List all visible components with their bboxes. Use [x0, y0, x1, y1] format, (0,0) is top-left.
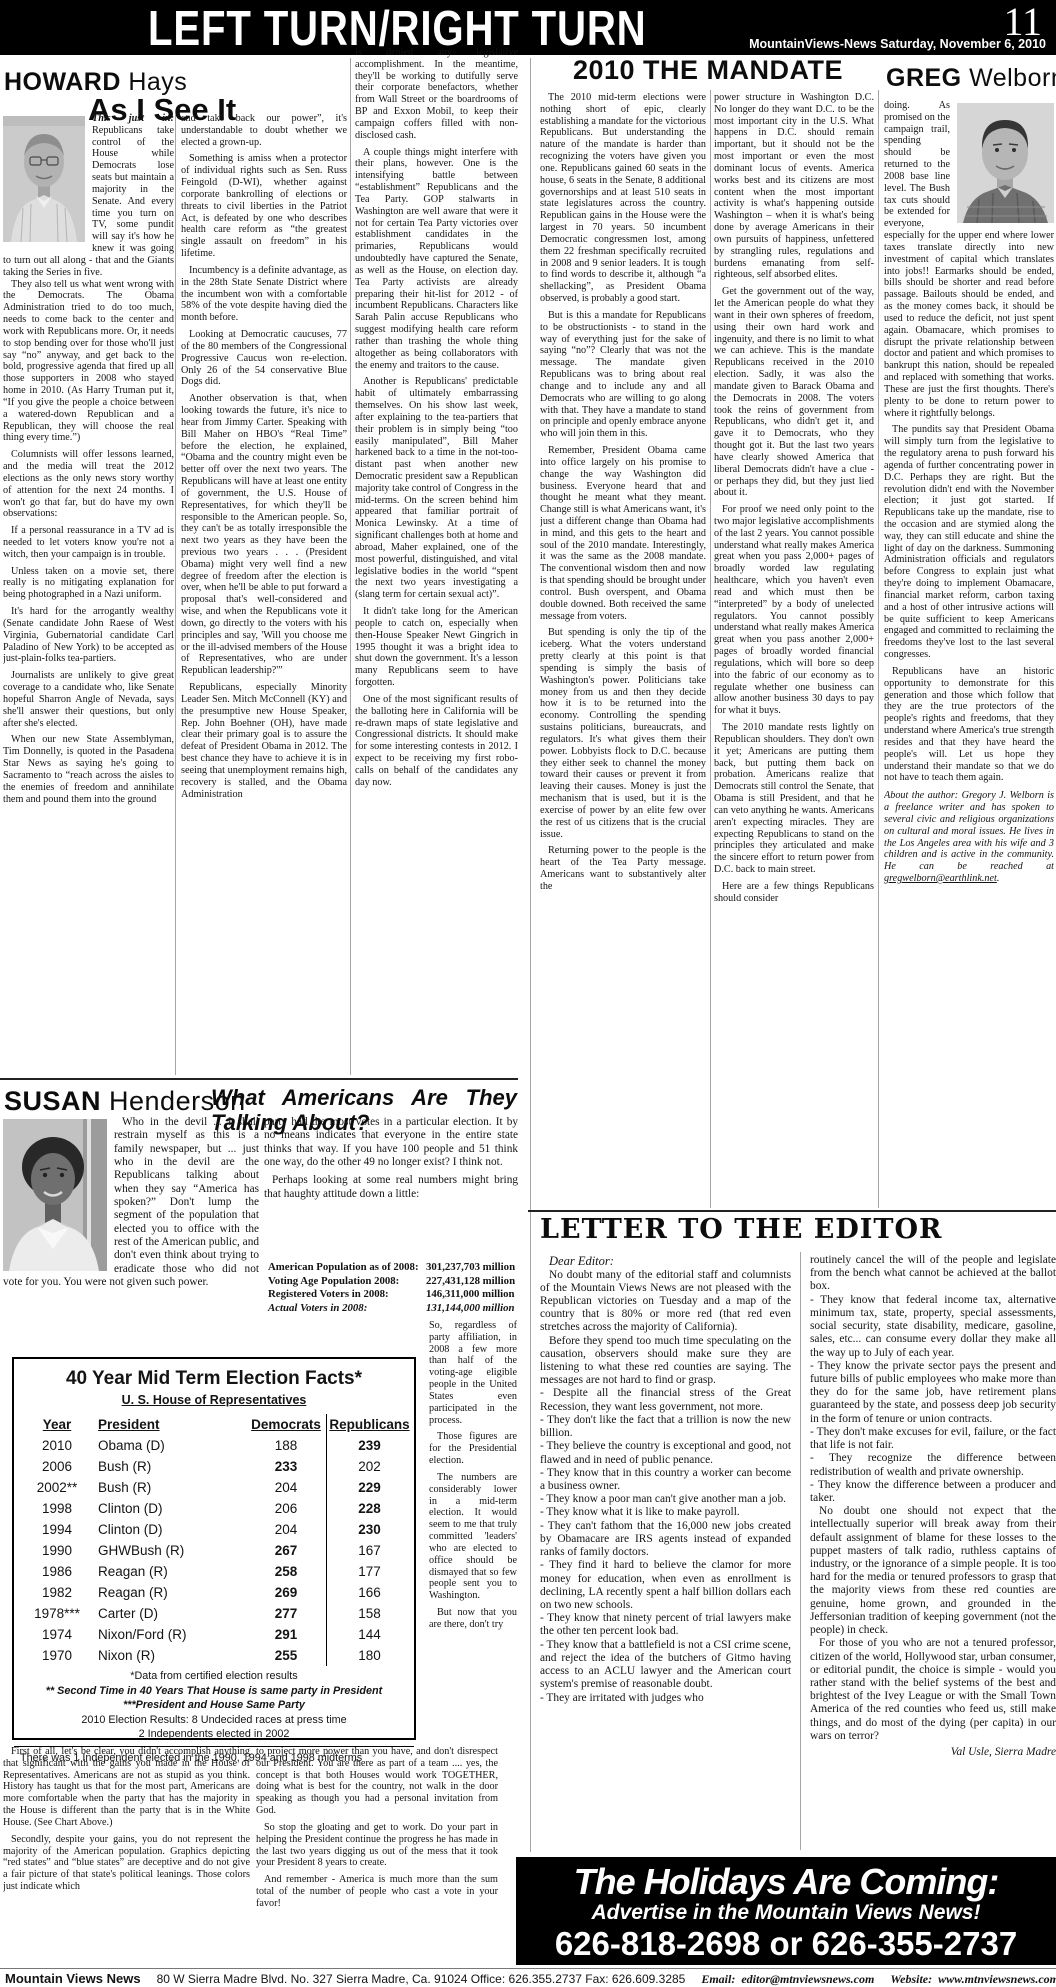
welborn-photo [957, 103, 1054, 223]
election-facts-box: 40 Year Mid Term Election Facts* U. S. H… [12, 1357, 416, 1740]
section-divider [528, 1210, 1056, 1212]
column-rule [800, 1252, 801, 1850]
table-row: 1978***Carter (D)277158 [16, 1603, 414, 1624]
henderson-column-3: So, regardless of party affiliation, in … [429, 1320, 517, 1755]
stat-row: Registered Voters in 2008:146,311,000 mi… [268, 1288, 568, 1302]
column-rule [350, 58, 351, 1075]
column-rule [710, 90, 711, 1208]
letter-signature: Val Usle, Sierra Madre [810, 1746, 1056, 1759]
welborn-about-period: . [997, 873, 1000, 884]
facts-note: ***President and House Same Party [14, 1699, 414, 1711]
footer-website: www.mtnviewsnews.com [938, 1972, 1056, 1987]
footer-email-label: Email: [701, 1972, 735, 1987]
footer-address: 80 W Sierra Madre Blvd. No. 327 Sierra M… [157, 1972, 686, 1986]
facts-note: *Data from certified election results [14, 1670, 414, 1682]
ad-phone-numbers: 626-818-2698 or 626-355-2737 [516, 1924, 1056, 1964]
welborn-about-author: About the author: Gregory J. Welborn is … [884, 790, 1054, 885]
facts-note: 2 Independents elected in 2002 [14, 1728, 414, 1740]
header-republicans: Republicans [326, 1414, 412, 1435]
table-row: 1998Clinton (D)206228 [16, 1498, 414, 1519]
welborn-byline: GREG Welborn [886, 64, 1056, 93]
hays-column-3: is denied any legislative accomplishment… [355, 47, 518, 1075]
ad-line-2: Advertise in the Mountain Views News! [516, 1901, 1056, 1924]
table-row: 1970Nixon (R)255180 [16, 1645, 414, 1666]
stat-row: Actual Voters in 2008:131,144,000 millio… [268, 1302, 568, 1316]
table-row: 1986Reagan (R)258177 [16, 1561, 414, 1582]
column-rule [175, 115, 176, 1075]
facts-box-subtitle: U. S. House of Representatives [14, 1393, 414, 1407]
facts-note: ** Second Time in 40 Years That House is… [14, 1685, 414, 1697]
dateline: MountainViews-News Saturday, November 6,… [749, 37, 1046, 51]
mandate-column-2: power structure in Washington D.C. No lo… [714, 92, 874, 1204]
stat-row: Voting Age Population 2008:227,431,128 m… [268, 1275, 568, 1289]
ad-line-1: The Holidays Are Coming: [516, 1864, 1056, 1901]
hays-column-2: and take back our power”, it's understan… [181, 113, 347, 1075]
footer-email: editor@mtnviewsnews.com [741, 1972, 874, 1987]
letter-col1-text: No doubt many of the editorial staff and… [540, 1269, 791, 1705]
welborn-about-text: About the author: Gregory J. Welborn is … [884, 790, 1054, 872]
welborn-column: doing. As promised on the campaign trail… [884, 100, 1054, 1195]
page-number: 11 [1003, 2, 1042, 42]
header-president: President [98, 1417, 246, 1432]
holidays-ad: The Holidays Are Coming: Advertise in th… [516, 1857, 1056, 1965]
letter-column-2: routinely cancel the will of the people … [810, 1254, 1056, 1852]
hays-col1-text: They also tell us what went wrong with t… [3, 279, 174, 806]
henderson-photo [3, 1119, 107, 1271]
henderson-column-5: to project more power than you have, and… [256, 1746, 498, 1913]
stat-row: American Population as of 2008:301,237,7… [268, 1261, 568, 1275]
welborn-byline-last: Welborn [969, 64, 1056, 92]
henderson-column-2: party had the most votes in a particular… [264, 1116, 518, 1260]
masthead-bar: LEFT TURN/RIGHT TURN 11 MountainViews-Ne… [0, 0, 1056, 55]
hays-photo [3, 116, 85, 242]
voter-stats: American Population as of 2008:301,237,7… [268, 1261, 568, 1315]
mandate-headline: 2010 THE MANDATE [540, 55, 876, 86]
facts-note: 2010 Election Results: 8 Undecided races… [14, 1714, 414, 1726]
welborn-byline-first: GREG [886, 64, 962, 92]
table-row: 2006Bush (R)233202 [16, 1456, 414, 1477]
newspaper-page: LEFT TURN/RIGHT TURN 11 MountainViews-Ne… [0, 0, 1056, 1987]
footer-divider [0, 1968, 1056, 1969]
welborn-email: gregwelborn@earthlink.net [884, 873, 997, 884]
letter-column-1: Dear Editor: No doubt many of the editor… [540, 1254, 791, 1852]
henderson-column-4: First of all, let's be clear, you didn't… [3, 1746, 250, 1913]
table-row: 1990GHWBush (R)267167 [16, 1540, 414, 1561]
hays-column-1: This just in: Republicans take control o… [3, 113, 174, 1075]
henderson-headline-line1: What Americans Are They [211, 1085, 517, 1110]
hays-lead-in: This just in: [92, 113, 174, 124]
facts-bottom-note: There was 1 Independent elected in the 1… [14, 1746, 414, 1764]
letter-col2-text: routinely cancel the will of the people … [810, 1254, 1056, 1743]
header-democrats: Democrats [246, 1417, 326, 1432]
henderson-column-1: Who in the devil ... I shall restrain my… [3, 1116, 259, 1345]
facts-notes: *Data from certified election results** … [14, 1670, 414, 1740]
facts-box-title: 40 Year Mid Term Election Facts* [14, 1368, 414, 1390]
henderson-byline-first: SUSAN [4, 1086, 101, 1116]
footer-paper-name: Mountain Views News [5, 1971, 141, 1986]
henderson-byline: SUSAN Henderson [4, 1086, 246, 1117]
facts-table-rows: 2010Obama (D)1882392006Bush (R)233202200… [14, 1435, 414, 1666]
table-row: 1994Clinton (D)204230 [16, 1519, 414, 1540]
page-footer: Mountain Views News 80 W Sierra Madre Bl… [5, 1971, 1053, 1987]
header-year: Year [16, 1417, 98, 1432]
mandate-column-1: The 2010 mid-term elections were nothing… [540, 92, 706, 1208]
facts-table-header: Year President Democrats Republicans [16, 1414, 414, 1435]
column-rule [530, 58, 531, 1852]
table-row: 2002**Bush (R)204229 [16, 1477, 414, 1498]
section-divider [0, 1078, 518, 1080]
table-row: 1982Reagan (R)269166 [16, 1582, 414, 1603]
table-row: 1974Nixon/Ford (R)291144 [16, 1624, 414, 1645]
letter-salutation: Dear Editor: [540, 1254, 791, 1269]
footer-website-label: Website: [890, 1972, 932, 1987]
table-row: 2010Obama (D)188239 [16, 1435, 414, 1456]
column-rule [878, 90, 879, 1208]
letter-headline: LETTER TO THE EDITOR [540, 1214, 942, 1245]
